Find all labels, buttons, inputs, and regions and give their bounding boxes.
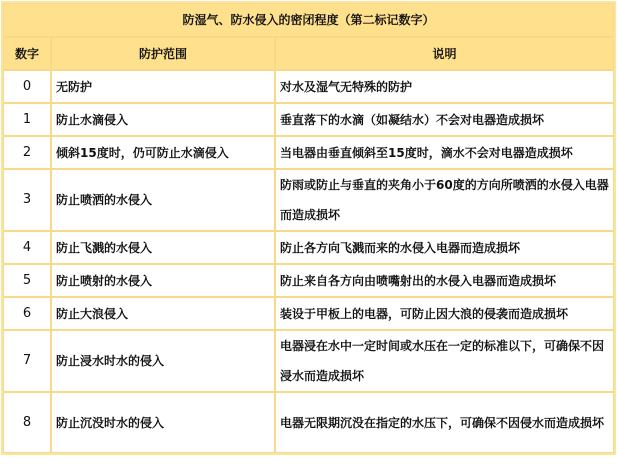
cell-description: 电器浸在水中一定时间或水压在一定的标准以下，可确保不因浸水而造成损坏 (275, 330, 614, 392)
cell-description: 防止来自各方向由喷嘴射出的水侵入电器而造成损坏 (275, 264, 614, 297)
cell-scope: 无防护 (51, 70, 275, 103)
cell-scope: 防止沉没时水的侵入 (51, 392, 275, 453)
header-description: 说明 (275, 37, 614, 70)
table-row: 6 防止大浪侵入 装设于甲板上的电器，可防止因大浪的侵袭而造成损坏 (3, 297, 614, 330)
cell-description: 当电器由垂直倾斜至15度时，滴水不会对电器造成损坏 (275, 136, 614, 169)
cell-scope: 防止飞溅的水侵入 (51, 231, 275, 264)
cell-description: 装设于甲板上的电器，可防止因大浪的侵袭而造成损坏 (275, 297, 614, 330)
table-title: 防湿气、防水侵入的密闭程度（第二标记数字） (3, 3, 614, 37)
cell-scope: 防止喷洒的水侵入 (51, 169, 275, 231)
table-row: 1 防止水滴侵入 垂直落下的水滴（如凝结水）不会对电器造成损坏 (3, 103, 614, 136)
header-digit: 数字 (3, 37, 51, 70)
cell-digit: 7 (3, 330, 51, 392)
header-scope: 防护范围 (51, 37, 275, 70)
table-row: 2 倾斜15度时，仍可防止水滴侵入 当电器由垂直倾斜至15度时，滴水不会对电器造… (3, 136, 614, 169)
table-row: 8 防止沉没时水的侵入 电器无限期沉没在指定的水压下，可确保不因侵水而造成损坏 (3, 392, 614, 453)
cell-scope: 防止水滴侵入 (51, 103, 275, 136)
cell-description: 对水及湿气无特殊的防护 (275, 70, 614, 103)
cell-scope: 倾斜15度时，仍可防止水滴侵入 (51, 136, 275, 169)
table-row: 7 防止浸水时水的侵入 电器浸在水中一定时间或水压在一定的标准以下，可确保不因浸… (3, 330, 614, 392)
cell-description: 防止各方向飞溅而来的水侵入电器而造成损坏 (275, 231, 614, 264)
table-row: 0 无防护 对水及湿气无特殊的防护 (3, 70, 614, 103)
cell-digit: 6 (3, 297, 51, 330)
cell-description: 防雨或防止与垂直的夹角小于60度的方向所喷洒的水侵入电器而造成损坏 (275, 169, 614, 231)
cell-scope: 防止浸水时水的侵入 (51, 330, 275, 392)
cell-digit: 5 (3, 264, 51, 297)
cell-scope: 防止喷射的水侵入 (51, 264, 275, 297)
header-row: 数字 防护范围 说明 (3, 37, 614, 70)
table-row: 5 防止喷射的水侵入 防止来自各方向由喷嘴射出的水侵入电器而造成损坏 (3, 264, 614, 297)
cell-scope: 防止大浪侵入 (51, 297, 275, 330)
cell-digit: 8 (3, 392, 51, 453)
cell-description: 垂直落下的水滴（如凝结水）不会对电器造成损坏 (275, 103, 614, 136)
table-row: 3 防止喷洒的水侵入 防雨或防止与垂直的夹角小于60度的方向所喷洒的水侵入电器而… (3, 169, 614, 231)
table-row: 4 防止飞溅的水侵入 防止各方向飞溅而来的水侵入电器而造成损坏 (3, 231, 614, 264)
cell-digit: 2 (3, 136, 51, 169)
cell-digit: 0 (3, 70, 51, 103)
cell-description: 电器无限期沉没在指定的水压下，可确保不因侵水而造成损坏 (275, 392, 614, 453)
cell-digit: 4 (3, 231, 51, 264)
cell-digit: 3 (3, 169, 51, 231)
ip-water-protection-table: 防湿气、防水侵入的密闭程度（第二标记数字） 数字 防护范围 说明 0 无防护 对… (1, 1, 616, 455)
cell-digit: 1 (3, 103, 51, 136)
